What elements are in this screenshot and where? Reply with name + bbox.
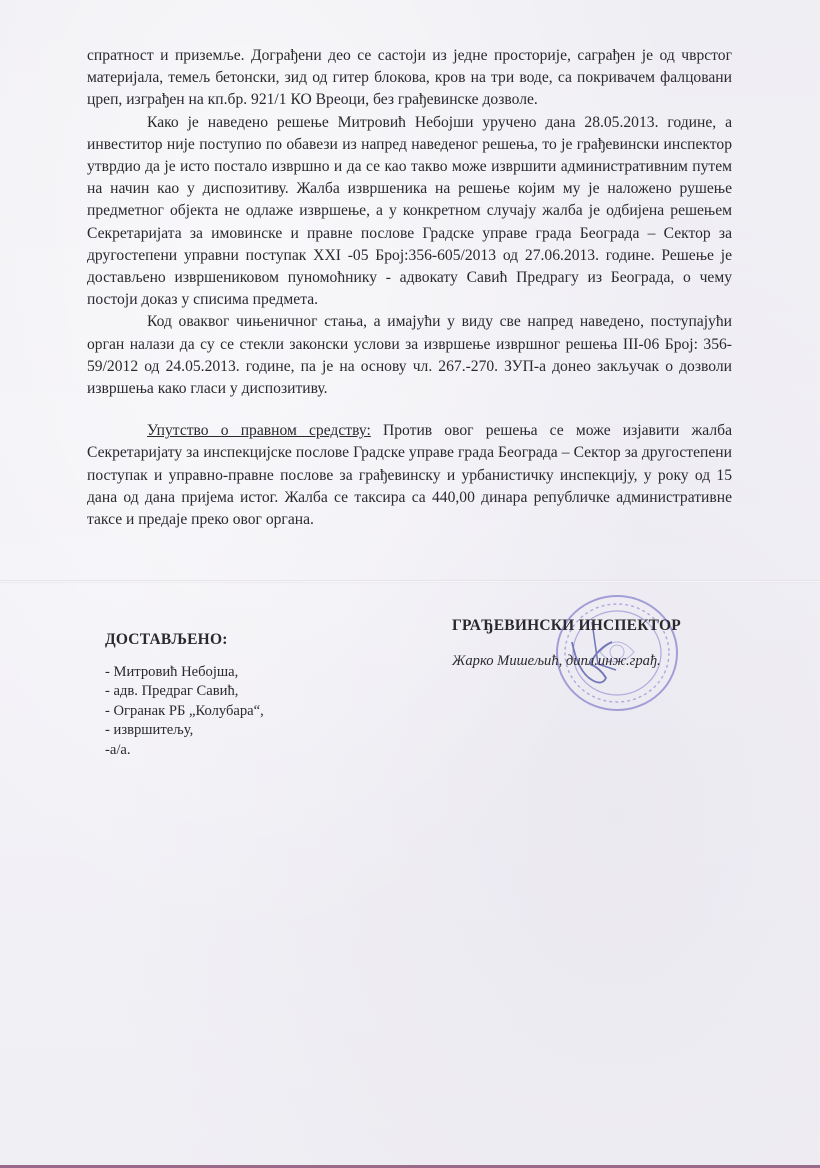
recipient-item: - адв. Предраг Савић, [105,682,264,702]
recipient-item: -а/а. [105,741,264,761]
paragraph-building-description: спратност и приземље. Дограђени део се с… [87,45,732,112]
paragraph-decision-delivery: Како је наведено решење Митровић Небојши… [87,112,732,312]
recipient-list: - Митровић Небојша, - адв. Предраг Савић… [105,663,264,761]
paragraph-legal-remedy: Упутство о правном средству: Против овог… [87,420,732,531]
signatory-title: ГРАЂЕВИНСКИ ИНСПЕКТОР [452,617,732,635]
recipient-item: - Митровић Небојша, [105,663,264,683]
recipient-item: - извршитељу, [105,721,264,741]
signatory-name: Жарко Мишељић, дипл.инж.грађ. [452,653,732,670]
paragraph-conclusion: Код оваквог чињеничног стања, а имајући … [87,311,732,400]
paper-fold-line [0,580,820,583]
document-body: спратност и приземље. Дограђени део се с… [87,45,732,531]
recipient-item: - Огранак РБ „Колубара“, [105,702,264,722]
legal-remedy-heading: Упутство о правном средству: [147,422,371,439]
delivered-to-block: ДОСТАВЉЕНО: - Митровић Небојша, - адв. П… [105,630,264,760]
delivered-heading: ДОСТАВЉЕНО: [105,630,264,650]
